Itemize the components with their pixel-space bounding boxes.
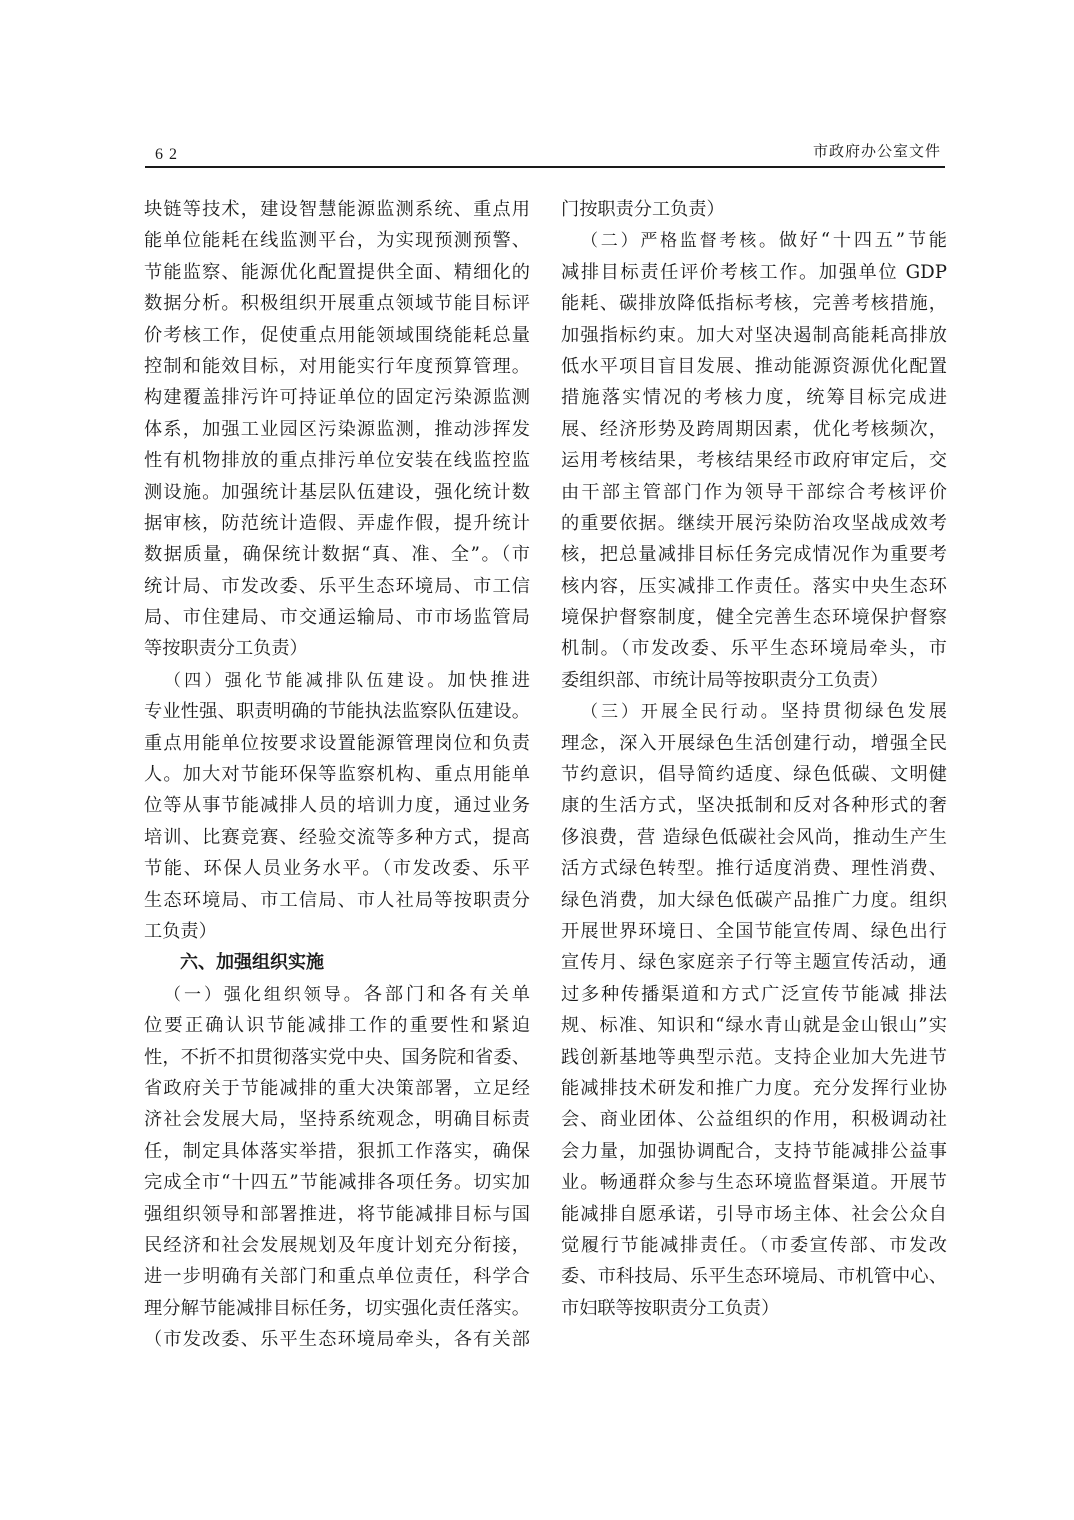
text-line: 机制。（市发改委、乐平生态环境局牵头，市 xyxy=(561,633,947,664)
text-line: 觉履行节能减排责任。（市委宣传部、市发改 xyxy=(561,1230,947,1261)
text-line: 进一步明确有关部门和重点单位责任，科学合 xyxy=(144,1261,530,1292)
text-line: 民经济和社会发展规划及年度计划充分衔接， xyxy=(144,1230,530,1261)
text-line: 过多种传播渠道和方式广泛宣传节能减 排法 xyxy=(561,979,947,1010)
text-line: 委组织部、市统计局等按职责分工负责） xyxy=(561,665,947,696)
text-line: 措施落实情况的考核力度，统筹目标完成进 xyxy=(561,382,947,413)
text-line: 价考核工作，促使重点用能领域围绕能耗总量 xyxy=(144,320,530,351)
text-line: 节能监察、能源优化配置提供全面、精细化的 xyxy=(144,257,530,288)
section-three-heading: （三）开展全民行动。 xyxy=(581,702,781,722)
section-four-heading: （四）强化节能减排队伍建设。 xyxy=(164,671,448,691)
text-line: 构建覆盖排污许可持证单位的固定污染源监测 xyxy=(144,382,530,413)
text-line: 能单位能耗在线监测平台，为实现预测预警、 xyxy=(144,225,530,256)
text-line: 践创新基地等典型示范。支持企业加大先进节 xyxy=(561,1042,947,1073)
text-line: 加强指标约束。加大对坚决遏制高能耗高排放 xyxy=(561,320,947,351)
section-one-heading: （一）强化组织领导。 xyxy=(164,985,364,1005)
left-column: 块链等技术，建设智慧能源监测系统、重点用 能单位能耗在线监测平台，为实现预测预警… xyxy=(144,194,530,1355)
text-line: 省政府关于节能减排的重大决策部署，立足经 xyxy=(144,1073,530,1104)
header-rule xyxy=(145,166,945,168)
chapter-six-heading: 六、加强组织实施 xyxy=(144,947,530,978)
text-line: 生态环境局、市工信局、市人社局等按职责分 xyxy=(144,885,530,916)
text-line: 会、商业团体、公益组织的作用，积极调动社 xyxy=(561,1104,947,1135)
page-number: 62 xyxy=(155,146,183,164)
text-line: 块链等技术，建设智慧能源监测系统、重点用 xyxy=(144,194,530,225)
text-line: 展、经济形势及跨周期因素，优化考核频次， xyxy=(561,414,947,445)
right-column: 门按职责分工负责） （二）严格监督考核。做好“十四五”节能 减排目标责任评价考核… xyxy=(561,194,947,1324)
section-four-first-line: （四）强化节能减排队伍建设。加快推进 xyxy=(144,665,530,696)
text-line: 重点用能单位按要求设置能源管理岗位和负责 xyxy=(144,728,530,759)
text-line: 位要正确认识节能减排工作的重要性和紧迫 xyxy=(144,1010,530,1041)
text-line: 规、标准、知识和“绿水青山就是金山银山”实 xyxy=(561,1010,947,1041)
text-line: 等按职责分工负责） xyxy=(144,633,530,664)
text-line: 的重要依据。继续开展污染防治攻坚战成效考 xyxy=(561,508,947,539)
text-line: 能减排技术研发和推广力度。充分发挥行业协 xyxy=(561,1073,947,1104)
text-line: （市发改委、乐平生态环境局牵头，各有关部 xyxy=(144,1324,530,1355)
page-header: 62 市政府办公室文件 xyxy=(145,138,945,166)
text-line: 人。加大对节能环保等监察机构、重点用能单 xyxy=(144,759,530,790)
text-line: 体系，加强工业园区污染源监测，推动涉挥发 xyxy=(144,414,530,445)
text-line: 境保护督察制度，健全完善生态环境保护督察 xyxy=(561,602,947,633)
text-line: 专业性强、职责明确的节能执法监察队伍建设。 xyxy=(144,696,530,727)
text-line: 能耗、碳排放降低指标考核，完善考核措施， xyxy=(561,288,947,319)
text-line: 济社会发展大局，坚持系统观念，明确目标责 xyxy=(144,1104,530,1135)
text-line: 核内容，压实减排工作责任。落实中央生态环 xyxy=(561,571,947,602)
text-line: 完成全市“十四五”节能减排各项任务。切实加 xyxy=(144,1167,530,1198)
text-line: 门按职责分工负责） xyxy=(561,194,947,225)
text-line: 市妇联等按职责分工负责） xyxy=(561,1293,947,1324)
document-title: 市政府办公室文件 xyxy=(813,140,941,161)
text-line: 能减排自愿承诺，引导市场主体、社会公众自 xyxy=(561,1199,947,1230)
text-line: 工负责） xyxy=(144,916,530,947)
text-fragment: 加快推进 xyxy=(448,670,531,691)
text-line: 局、市住建局、市交通运输局、市市场监管局 xyxy=(144,602,530,633)
text-line: 核，把总量减排目标任务完成情况作为重要考 xyxy=(561,539,947,570)
text-line: 运用考核结果，考核结果经市政府审定后，交 xyxy=(561,445,947,476)
text-line: 委、市科技局、乐平生态环境局、市机管中心、 xyxy=(561,1261,947,1292)
section-three-first-line: （三）开展全民行动。坚持贯彻绿色发展 xyxy=(561,696,947,727)
text-line: 由干部主管部门作为领导干部综合考核评价 xyxy=(561,477,947,508)
text-line: 减排目标责任评价考核工作。加强单位 GDP xyxy=(561,257,947,288)
text-fragment: 坚持贯彻绿色发展 xyxy=(781,701,947,722)
text-line: 性，不折不扣贯彻落实党中央、国务院和省委、 xyxy=(144,1042,530,1073)
text-line: 节约意识，倡导简约适度、绿色低碳、文明健 xyxy=(561,759,947,790)
text-line: 理分解节能减排目标任务，切实强化责任落实。 xyxy=(144,1293,530,1324)
text-line: 控制和能效目标，对用能实行年度预算管理。 xyxy=(144,351,530,382)
text-fragment: 做好“十四五”节能 xyxy=(779,230,947,251)
text-line: 绿色消费，加大绿色低碳产品推广力度。组织 xyxy=(561,885,947,916)
text-line: 数据分析。积极组织开展重点领域节能目标评 xyxy=(144,288,530,319)
text-line: 开展世界环境日、全国节能宣传周、绿色出行 xyxy=(561,916,947,947)
text-line: 活方式绿色转型。推行适度消费、理性消费、 xyxy=(561,853,947,884)
text-line: 数据质量，确保统计数据“真、准、全”。（市 xyxy=(144,539,530,570)
text-line: 侈浪费，营 造绿色低碳社会风尚，推动生产生 xyxy=(561,822,947,853)
text-line: 培训、比赛竞赛、经验交流等多种方式，提高 xyxy=(144,822,530,853)
section-one-first-line: （一）强化组织领导。各部门和各有关单 xyxy=(144,979,530,1010)
text-line: 测设施。加强统计基层队伍建设，强化统计数 xyxy=(144,477,530,508)
text-fragment: 各部门和各有关单 xyxy=(364,984,530,1005)
text-line: 理念，深入开展绿色生活创建行动，增强全民 xyxy=(561,728,947,759)
text-line: 强组织领导和部署推进，将节能减排目标与国 xyxy=(144,1199,530,1230)
text-line: 据审核，防范统计造假、弄虚作假，提升统计 xyxy=(144,508,530,539)
text-line: 任，制定具体落实举措，狠抓工作落实，确保 xyxy=(144,1136,530,1167)
text-line: 统计局、市发改委、乐平生态环境局、市工信 xyxy=(144,571,530,602)
section-two-first-line: （二）严格监督考核。做好“十四五”节能 xyxy=(561,225,947,256)
text-line: 节能、环保人员业务水平。（市发改委、乐平 xyxy=(144,853,530,884)
text-line: 低水平项目盲目发展、推动能源资源优化配置 xyxy=(561,351,947,382)
text-line: 性有机物排放的重点排污单位安装在线监控监 xyxy=(144,445,530,476)
text-line: 康的生活方式，坚决抵制和反对各种形式的奢 xyxy=(561,790,947,821)
text-line: 宣传月、绿色家庭亲子行等主题宣传活动，通 xyxy=(561,947,947,978)
section-two-heading: （二）严格监督考核。 xyxy=(581,231,779,251)
text-line: 会力量，加强协调配合，支持节能减排公益事 xyxy=(561,1136,947,1167)
text-line: 位等从事节能减排人员的培训力度，通过业务 xyxy=(144,790,530,821)
text-line: 业。畅通群众参与生态环境监督渠道。开展节 xyxy=(561,1167,947,1198)
